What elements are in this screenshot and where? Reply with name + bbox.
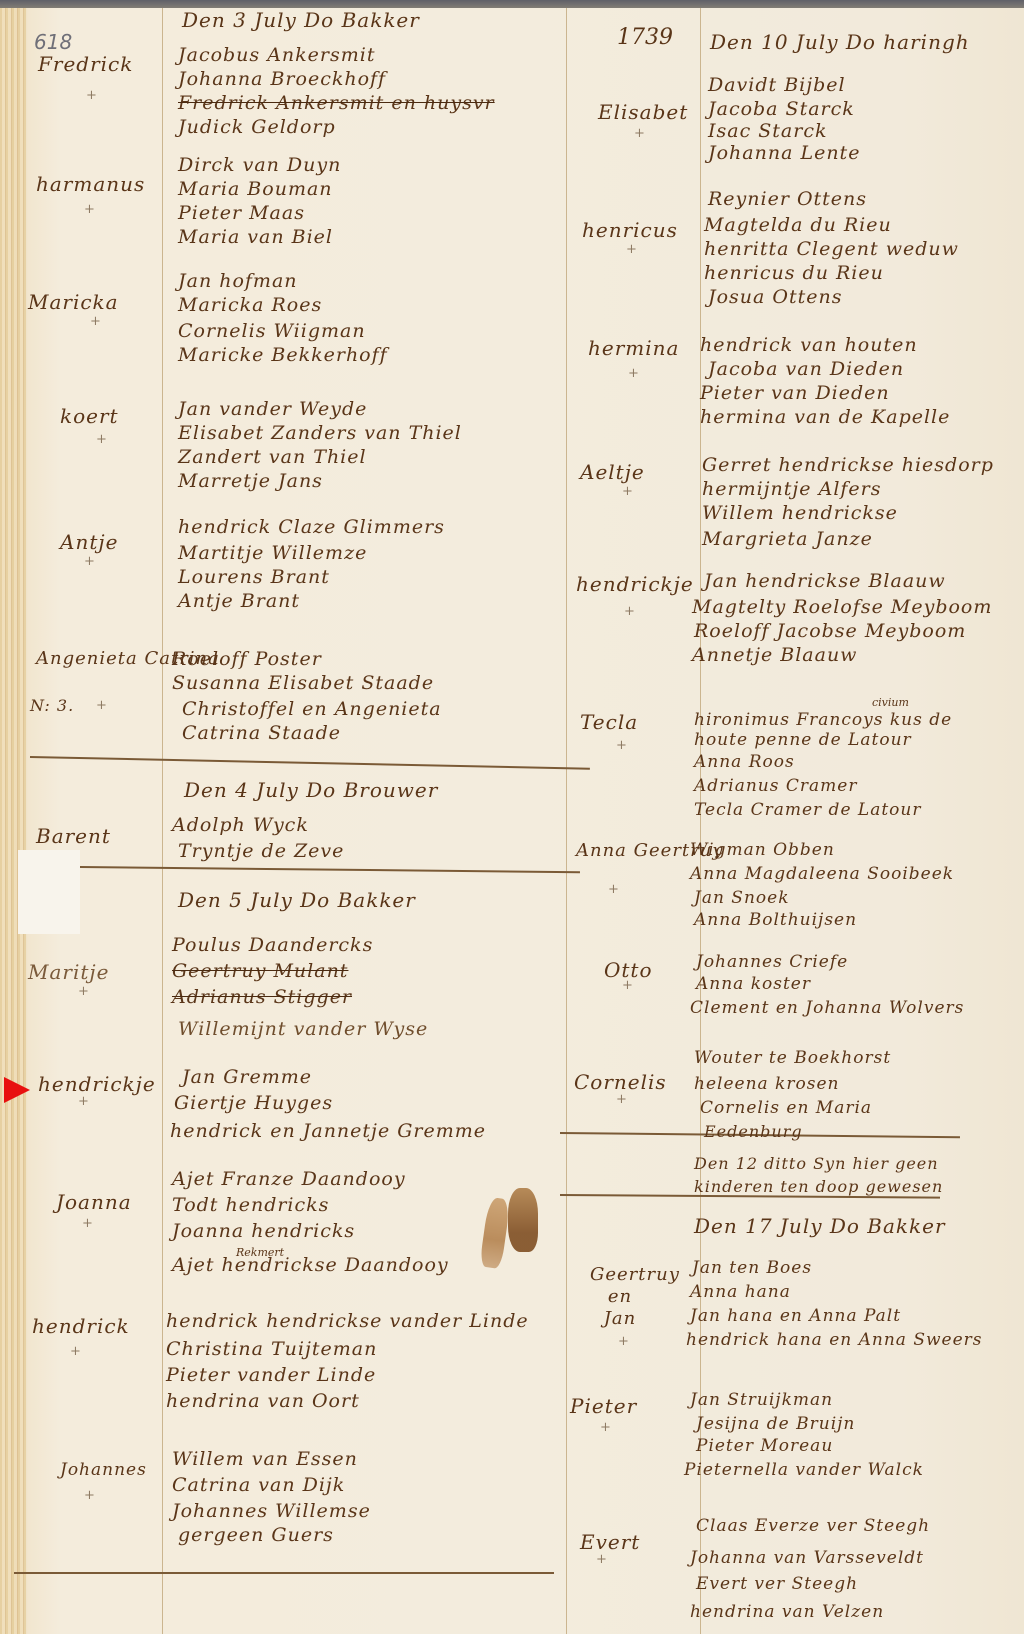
cross-mark: + <box>622 484 633 499</box>
witness-line: Pieter Maas <box>178 202 305 224</box>
witness-line: Jesijna de Bruijn <box>696 1414 855 1434</box>
witness-line: Johanna van Varsseveldt <box>690 1548 924 1568</box>
witness-line: Cornelis en Maria <box>700 1098 872 1118</box>
witness-line: Willem van Essen <box>172 1448 358 1470</box>
witness-line: Dirck van Duyn <box>178 154 341 176</box>
interlinear-correction: civium <box>872 696 909 709</box>
cross-mark: + <box>84 202 95 217</box>
cross-mark: + <box>82 1216 93 1231</box>
ink-stain <box>508 1188 538 1252</box>
witness-line: Jacoba Starck <box>708 98 855 120</box>
witness-line: Anna Bolthuijsen <box>694 910 857 930</box>
cross-mark: + <box>616 738 627 753</box>
child-name-highlighted: hendrickje <box>38 1072 156 1096</box>
cross-mark: + <box>90 314 101 329</box>
witness-line: hendrina van Velzen <box>690 1602 884 1622</box>
witness-line: Fredrick Ankersmit en huysvr <box>178 92 495 114</box>
child-name: Barent <box>36 824 111 848</box>
witness-line: Annetje Blaauw <box>692 644 857 666</box>
witness-line: Maria van Biel <box>178 226 333 248</box>
witness-line: hironimus Francoys kus de <box>694 710 952 730</box>
child-name: Geertruy en Jan <box>590 1264 650 1330</box>
child-name: Evert <box>580 1530 640 1554</box>
child-name: henricus <box>582 218 678 242</box>
section-divider <box>30 756 590 770</box>
witness-line: Martitje Willemze <box>178 542 367 564</box>
witness-line: Lourens Brant <box>178 566 330 588</box>
witness-line: Clement en Johanna Wolvers <box>690 998 964 1018</box>
witness-line: Isac Starck <box>708 120 827 142</box>
witness-line: Anna Magdaleena Sooibeek <box>690 864 954 884</box>
witness-line: hendrick hana en Anna Sweers <box>686 1330 983 1350</box>
witness-line: Johannes Criefe <box>696 952 848 972</box>
witness-line: Adrianus Stigger <box>172 986 352 1008</box>
witness-line: Willemijnt vander Wyse <box>178 1018 428 1040</box>
witness-line: Jan ten Boes <box>692 1258 812 1278</box>
witness-line: Elisabet Zanders van Thiel <box>178 422 462 444</box>
witness-line: Christina Tuijteman <box>166 1338 377 1360</box>
witness-line: Catrina van Dijk <box>172 1474 345 1496</box>
witness-line: Jan Gremme <box>182 1066 312 1088</box>
date-header: Den 17 July Do Bakker <box>694 1214 946 1238</box>
witness-line: gergeen Guers <box>178 1524 334 1546</box>
cross-mark: + <box>600 1420 611 1435</box>
witness-line: Poulus Daandercks <box>172 934 373 956</box>
child-name: hermina <box>588 336 679 360</box>
witness-line: Marretje Jans <box>178 470 323 492</box>
child-name: Elisabet <box>598 100 688 124</box>
cross-mark: + <box>84 554 95 569</box>
witness-line: Giertje Huyges <box>174 1092 333 1114</box>
witness-line: heleena krosen <box>694 1074 839 1094</box>
witness-line: Margrieta Janze <box>702 528 873 550</box>
cross-mark: + <box>70 1344 81 1359</box>
witness-line: Jan Snoek <box>694 888 790 908</box>
witness-line: Jacoba van Dieden <box>708 358 904 380</box>
no-baptisms-note: Den 12 ditto Syn hier geen kinderen ten … <box>694 1152 974 1198</box>
witness-line: Johanna Broeckhoff <box>178 68 386 90</box>
witness-line: hendrick en Jannetje Gremme <box>170 1120 486 1142</box>
witness-line: Adrianus Cramer <box>694 776 857 796</box>
witness-line: Anna koster <box>696 974 811 994</box>
ink-stain <box>479 1197 511 1269</box>
witness-line: Josua Ottens <box>708 286 843 308</box>
witness-line: Anna Roos <box>694 752 795 772</box>
witness-line: Todt hendricks <box>172 1194 329 1216</box>
cross-mark: + <box>624 604 635 619</box>
witness-line: Davidt Bijbel <box>708 74 846 96</box>
date-header: Den 3 July Do Bakker <box>182 8 420 32</box>
cross-mark: + <box>616 1092 627 1107</box>
witness-line: Jan vander Weyde <box>178 398 367 420</box>
register-year: 1739 <box>617 25 673 50</box>
witness-line: Pieter Moreau <box>696 1436 833 1456</box>
child-name: Maricka <box>28 290 119 314</box>
witness-line: Johanna Lente <box>708 142 860 164</box>
witness-line: hendrina van Oort <box>166 1390 360 1412</box>
child-name: Johannes <box>60 1460 147 1480</box>
witness-line: Ajet hendrickse Daandooy <box>172 1254 449 1276</box>
witness-line: Johannes Willemse <box>172 1500 371 1522</box>
child-name: Tecla <box>580 710 638 734</box>
cross-mark: + <box>628 366 639 381</box>
witness-line: Roeloff Poster <box>172 648 322 670</box>
witness-line: Anna hana <box>690 1282 791 1302</box>
witness-line: hendrick hendrickse vander Linde <box>166 1310 529 1332</box>
left-name-column-rule <box>162 8 163 1634</box>
witness-line: Wigman Obben <box>690 840 835 860</box>
witness-line: hendrick van houten <box>700 334 918 356</box>
witness-line: Catrina Staade <box>182 722 341 744</box>
child-name: Antje <box>60 530 118 554</box>
red-pointer-marker <box>4 1077 30 1103</box>
witness-line: houte penne de Latour <box>694 730 912 750</box>
witness-line: Reynier Ottens <box>708 188 867 210</box>
witness-line: Pieter van Dieden <box>700 382 890 404</box>
witness-line: Roeloff Jacobse Meyboom <box>694 620 966 642</box>
witness-line: Pieternella vander Walck <box>684 1460 924 1480</box>
witness-line: Magtelty Roelofse Meyboom <box>692 596 992 618</box>
cross-mark: + <box>84 1488 95 1503</box>
witness-line: Wouter te Boekhorst <box>694 1048 891 1068</box>
cross-mark: + <box>634 126 645 141</box>
date-header: Den 5 July Do Bakker <box>178 888 416 912</box>
center-column-rule <box>566 8 567 1634</box>
witness-line: Cornelis Wiigman <box>178 320 366 342</box>
cross-mark: + <box>78 984 89 999</box>
witness-line: Jan hendrickse Blaauw <box>704 570 946 592</box>
witness-line: Christoffel en Angenieta <box>182 698 442 720</box>
witness-line: Joanna hendricks <box>172 1220 355 1242</box>
witness-line: Evert ver Steegh <box>696 1574 858 1594</box>
child-name: hendrick <box>32 1314 130 1338</box>
witness-line: Geertruy Mulant <box>172 960 348 982</box>
date-header: Den 4 July Do Brouwer <box>184 778 438 802</box>
cross-mark: + <box>622 978 633 993</box>
witness-line: Jan hana en Anna Palt <box>690 1306 901 1326</box>
witness-line: henricus du Rieu <box>704 262 884 284</box>
cross-mark: + <box>86 88 97 103</box>
witness-line: hermina van de Kapelle <box>700 406 950 428</box>
witness-line: Claas Everze ver Steegh <box>696 1516 930 1536</box>
child-name: Joanna <box>56 1190 132 1214</box>
cross-mark: + <box>608 882 619 897</box>
cross-mark: + <box>96 698 107 713</box>
witness-line: Maricke Bekkerhoff <box>178 344 388 366</box>
paper-patch <box>18 850 80 934</box>
child-name: Cornelis <box>574 1070 667 1094</box>
witness-line: Tecla Cramer de Latour <box>694 800 921 820</box>
cross-mark: + <box>596 1552 607 1567</box>
child-name: koert <box>60 404 119 428</box>
witness-line: Maria Bouman <box>178 178 333 200</box>
witness-line: Maricka Roes <box>178 294 322 316</box>
witness-line: Eedenburg <box>704 1122 803 1141</box>
witness-line: Ajet Franze Daandooy <box>172 1168 406 1190</box>
witness-line: Jan hofman <box>178 270 298 292</box>
witness-line: Zandert van Thiel <box>178 446 367 468</box>
section-divider <box>80 866 580 873</box>
witness-line: Jan Struijkman <box>690 1390 833 1410</box>
register-page: 618 1739 Den 3 July Do Bakker Fredrick +… <box>0 8 1024 1634</box>
witness-line: Judick Geldorp <box>178 116 336 138</box>
child-name: Fredrick <box>38 52 133 76</box>
folio-number: 618 <box>34 30 72 54</box>
witness-line: Susanna Elisabet Staade <box>172 672 434 694</box>
witness-line: hermijntje Alfers <box>702 478 882 500</box>
register-number: N: 3. <box>30 696 74 715</box>
cross-mark: + <box>96 432 107 447</box>
section-divider <box>14 1572 554 1574</box>
cross-mark: + <box>618 1334 629 1349</box>
witness-line: Pieter vander Linde <box>166 1364 376 1386</box>
child-name: hendrickje <box>576 572 694 596</box>
witness-line: Gerret hendrickse hiesdorp <box>702 454 994 476</box>
child-name: Pieter <box>570 1394 637 1418</box>
witness-line: Antje Brant <box>178 590 300 612</box>
child-name: Maritje <box>28 960 109 984</box>
witness-line: Adolph Wyck <box>172 814 309 836</box>
witness-line: Magtelda du Rieu <box>704 214 892 236</box>
cross-mark: + <box>626 242 637 257</box>
witness-line: hendrick Claze Glimmers <box>178 516 445 538</box>
child-name: harmanus <box>36 172 145 196</box>
child-name: Aeltje <box>580 460 645 484</box>
book-page-edges <box>0 8 26 1634</box>
cross-mark: + <box>78 1094 89 1109</box>
witness-line: Jacobus Ankersmit <box>178 44 376 66</box>
witness-line: Willem hendrickse <box>702 502 898 524</box>
witness-line: Tryntje de Zeve <box>178 840 344 862</box>
date-header: Den 10 July Do haringh <box>710 30 970 54</box>
witness-line: henritta Clegent weduw <box>704 238 959 260</box>
